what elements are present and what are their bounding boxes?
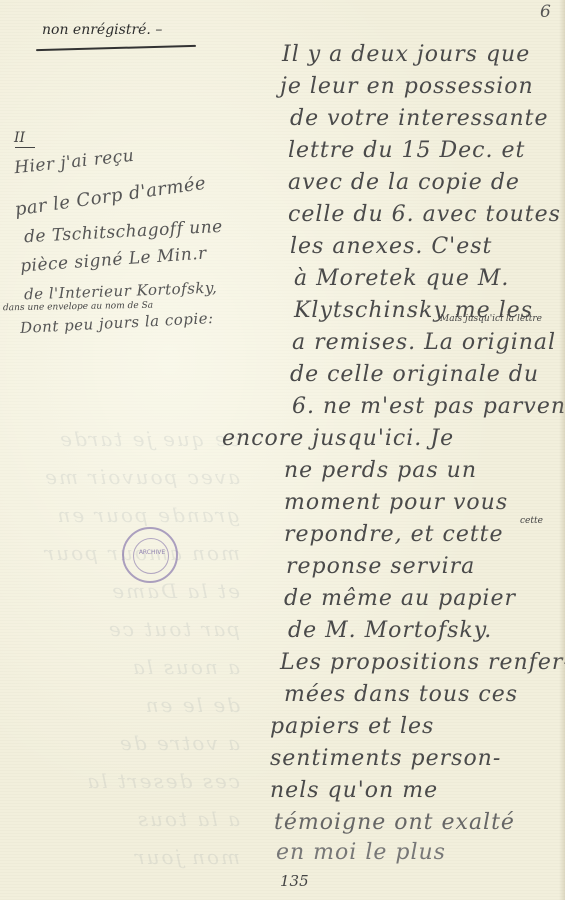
header-note: non enrégistré. – <box>42 22 162 38</box>
interlinear-note: cette <box>520 516 543 526</box>
main-line: en moi le plus <box>276 840 446 865</box>
archive-stamp: ARCHIVE <box>122 527 178 583</box>
left-line: par le Corp d'armée <box>13 173 207 221</box>
main-line: je leur en possession <box>280 74 534 99</box>
main-line: encore jusqu'ici. Je <box>222 426 454 451</box>
main-line: Il y a deux jours que <box>282 42 530 67</box>
header-underline <box>36 45 196 51</box>
main-line: ne perds pas un <box>284 458 477 483</box>
main-line: reponse servira <box>286 554 475 579</box>
folio-number: 6 <box>540 2 551 22</box>
main-line: celle du 6. avec toutes <box>288 202 561 227</box>
main-line: les anexes. C'est <box>290 234 492 259</box>
left-line: de Tschitschagoff une <box>24 217 224 247</box>
left-line: de l'Interieur Kortofsky, <box>24 279 218 304</box>
page-number: 135 <box>280 872 309 890</box>
main-line: nels qu'on me <box>270 778 438 803</box>
page-edge-shadow <box>559 0 565 900</box>
interlinear-note: Mais jusqu'ici la lettre <box>440 314 542 324</box>
main-line: lettre du 15 Dec. et <box>288 138 525 163</box>
main-line: à Moretek que M. <box>294 266 509 291</box>
left-line: Hier j'ai reçu <box>13 146 135 178</box>
margin-mark: II <box>14 130 25 146</box>
main-line: de même au papier <box>284 586 516 611</box>
left-insertion: dans une envelope au nom de Sa <box>3 301 153 314</box>
main-line: de votre interessante <box>290 106 548 131</box>
bleed-through-text: ce que je tarde avec pouvoir me grande p… <box>10 420 240 890</box>
margin-mark-underline <box>15 147 35 148</box>
main-line: sentiments person- <box>270 746 501 771</box>
main-line: témoigne ont exalté <box>274 810 515 835</box>
main-line: avec de la copie de <box>288 170 520 195</box>
main-line: a remises. La original <box>292 330 556 355</box>
main-line: 6. ne m'est pas parvenu <box>292 394 565 419</box>
stamp-text: ARCHIVE <box>124 549 180 556</box>
main-line: repondre, et cette <box>284 522 504 547</box>
main-line: papiers et les <box>270 714 434 739</box>
main-line: moment pour vous <box>284 490 508 515</box>
main-line: mées dans tous ces <box>284 682 518 707</box>
left-line: pièce signé Le Min.r <box>20 244 208 277</box>
manuscript-page: ce que je tarde avec pouvoir me grande p… <box>0 0 565 900</box>
main-line: de M. Mortofsky. <box>288 618 492 643</box>
main-line: de celle originale du <box>290 362 539 387</box>
main-line: Les propositions renfer- <box>280 650 565 675</box>
left-line: Dont peu jours la copie: <box>20 309 214 337</box>
